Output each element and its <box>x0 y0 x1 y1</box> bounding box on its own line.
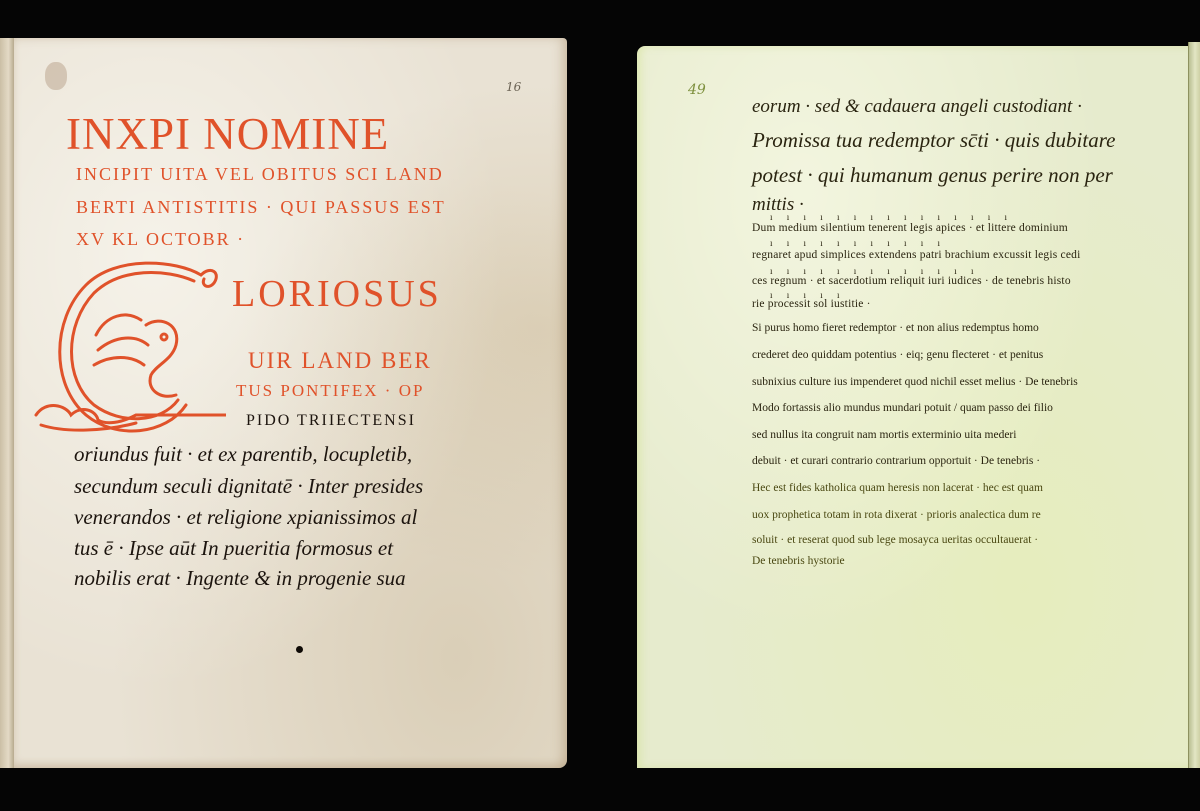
neume-notation-row: ı ı ı ı ı ı ı ı ı ı ı ı ı ı ı <box>770 212 1013 222</box>
body-text-line: oriundus fuit · et ex parentib, locuplet… <box>74 442 412 467</box>
commentary-line: sed nullus ita congruit nam mortis exter… <box>752 429 1016 441</box>
commentary-line: Modo fortassis alio mundus mundari potui… <box>752 402 1053 414</box>
display-line: LORIOSUS <box>232 272 442 316</box>
chant-text-line: ces regnum · et sacerdotium reliquit iur… <box>752 275 1071 287</box>
rubric-line: XV KL OCTOBR · <box>76 229 245 250</box>
left-book-spine-edge <box>0 38 15 768</box>
commentary-line: soluit · et reserat quod sub lege mosayc… <box>752 534 1038 546</box>
body-text-line: tus ē · Ipse aūt In pueritia formosus et <box>74 536 393 561</box>
display-line: PIDO TRIIECTENSI <box>246 412 416 430</box>
commentary-line: uox prophetica totam in rota dixerat · p… <box>752 509 1041 521</box>
commentary-line: debuit · et curari contrario contrarium … <box>752 455 1040 467</box>
body-text-line: secundum seculi dignitatē · Inter presid… <box>74 474 423 499</box>
folio-number-left: 16 <box>506 80 521 94</box>
parchment-stain <box>45 62 67 90</box>
commentary-line: De tenebris hystorie <box>752 555 845 567</box>
display-line: UIR LAND BER <box>248 348 432 374</box>
rubric-heading: INXPI NOMINE <box>66 108 389 160</box>
main-text-line: Promissa tua redemptor sc̄ti · quis dubi… <box>752 128 1115 153</box>
display-line: TUS PONTIFEX · OP <box>236 381 424 401</box>
main-text-line: potest · qui humanum genus perire non pe… <box>752 163 1113 188</box>
folio-number-right: 49 <box>688 82 706 98</box>
chant-text-line: Dum medium silentium tenerent legis apic… <box>752 222 1068 234</box>
commentary-line: Si purus homo fieret redemptor · et non … <box>752 322 1039 334</box>
rubric-line: INCIPIT UITA VEL OBITUS SCI LAND <box>76 164 444 185</box>
chant-text-line: regnaret apud simplices extendens patri … <box>752 249 1080 261</box>
body-text-line: nobilis erat · Ingente & in progenie sua <box>74 566 406 591</box>
neume-notation-row: ı ı ı ı ı ı ı ı ı ı ı <box>770 238 946 248</box>
right-book-spine-edge <box>1188 42 1200 768</box>
commentary-line: subnixius culture ius impenderet quod ni… <box>752 376 1078 388</box>
ink-blot <box>296 646 303 653</box>
chant-text-line: rie processit sol iustitie · <box>752 298 871 310</box>
main-text-line: eorum · sed & cadauera angeli custodiant… <box>752 96 1082 118</box>
rubric-line: BERTI ANTISTITIS · QUI PASSUS EST <box>76 197 446 218</box>
commentary-line: crederet deo quiddam potentius · eiq; ge… <box>752 349 1043 361</box>
illuminated-initial-g-icon <box>26 255 226 445</box>
body-text-line: venerandos · et religione xpianissimos a… <box>74 505 417 530</box>
commentary-line: Hec est fides katholica quam heresis non… <box>752 482 1043 494</box>
